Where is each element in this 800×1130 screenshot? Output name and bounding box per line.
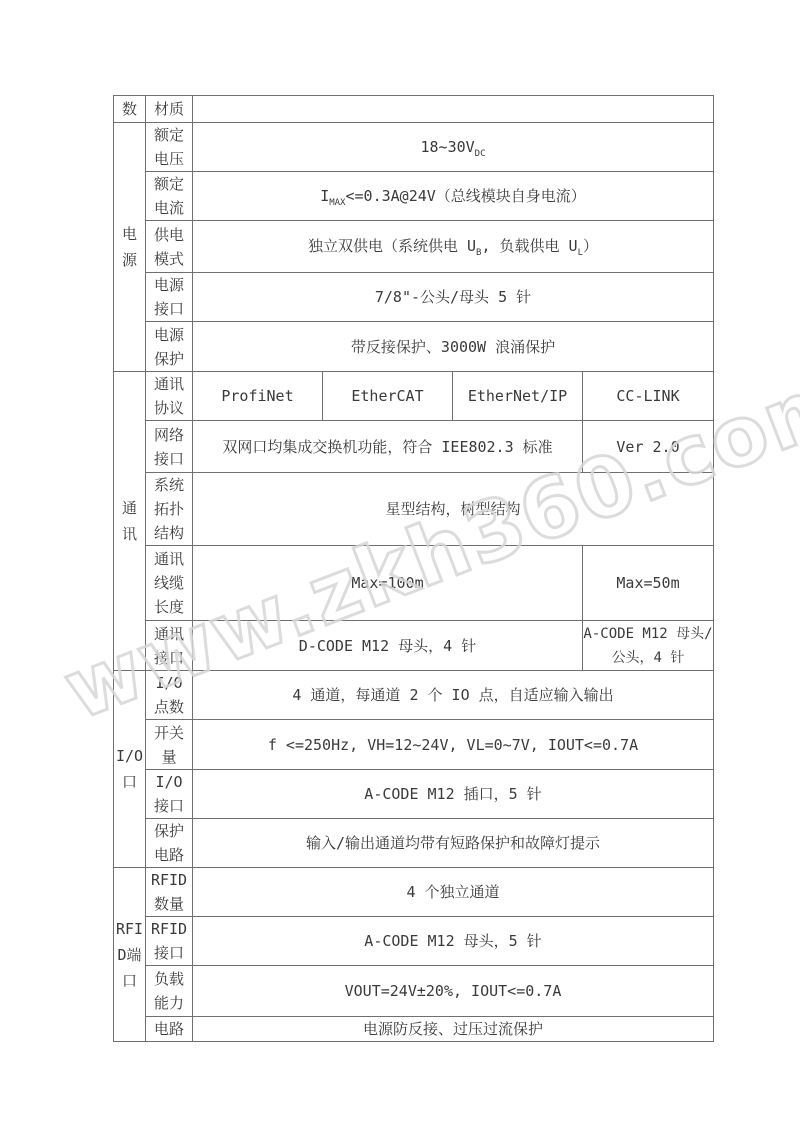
group-cell-param: 数 [114, 96, 146, 123]
row-value-rated-voltage: 18~30VDC [193, 123, 714, 172]
protocol-ethercat: EtherCAT [323, 372, 453, 421]
power-mode-text-3: ） [583, 237, 598, 255]
row-topology: 系统拓扑结构 星型结构，树型结构 [114, 473, 714, 546]
row-value-topology: 星型结构，树型结构 [193, 473, 714, 546]
row-label-comm-connector: 通讯接口 [146, 621, 193, 671]
group-cell-comm: 通讯 [114, 372, 146, 671]
group-cell-rfid: RFID端口 [114, 868, 146, 1042]
row-label-protection-circuit: 保护电路 [146, 819, 193, 868]
protocol-ethernet-ip: EtherNet/IP [453, 372, 583, 421]
row-value-switching: f <=250Hz, VH=12~24V, VL=0~7V, IOUT<=0.7… [193, 720, 714, 770]
rated-current-sub: MAX [329, 198, 345, 208]
group-cell-io: I/O口 [114, 671, 146, 868]
row-label-circuit: 电路 [146, 1017, 193, 1042]
row-rfid-count: RFID端口 RFID数量 4 个独立通道 [114, 868, 714, 917]
row-value-io-connector: A-CODE M12 插口，5 针 [193, 770, 714, 819]
row-protection-circuit: 保护电路 输入/输出通道均带有短路保护和故障灯提示 [114, 819, 714, 868]
row-value-power-protection: 带反接保护、3000W 浪涌保护 [193, 322, 714, 372]
row-value-power-mode: 独立双供电（系统供电 UB, 负载供电 UL） [193, 221, 714, 273]
row-material: 数 材质 [114, 96, 714, 123]
row-protocol: 通讯 通讯协议 ProfiNet EtherCAT EtherNet/IP CC… [114, 372, 714, 421]
row-rated-current: 额定电流 IMAX<=0.3A@24V（总线模块自身电流） [114, 172, 714, 221]
power-mode-text-2: , 负载供电 U [481, 237, 577, 255]
row-label-material: 材质 [146, 96, 193, 123]
row-io-connector: I/O接口 A-CODE M12 插口，5 针 [114, 770, 714, 819]
spec-table: 数 材质 电源 额定电压 18~30VDC 额定电流 IMAX<=0.3A@24… [113, 95, 714, 1042]
protocol-cc-link: CC-LINK [583, 372, 714, 421]
row-value-io-points: 4 通道，每通道 2 个 IO 点，自适应输入输出 [193, 671, 714, 720]
row-cable-length: 通讯线缆长度 Max=100m Max=50m [114, 546, 714, 621]
row-label-rated-voltage: 额定电压 [146, 123, 193, 172]
row-value-rfid-connector: A-CODE M12 母头，5 针 [193, 917, 714, 966]
row-value-cable-length: Max=100m [193, 546, 583, 621]
row-label-rated-current: 额定电流 [146, 172, 193, 221]
row-network-port: 网络接口 双网口均集成交换机功能，符合 IEE802.3 标准 Ver 2.0 [114, 421, 714, 473]
row-label-network-port: 网络接口 [146, 421, 193, 473]
row-label-rfid-connector: RFID接口 [146, 917, 193, 966]
row-power-connector: 电源接口 7/8"-公头/母头 5 针 [114, 273, 714, 322]
rated-current-text: <=0.3A@24V（总线模块自身电流） [345, 187, 585, 205]
row-label-topology: 系统拓扑结构 [146, 473, 193, 546]
row-value-protection-circuit: 输入/输出通道均带有短路保护和故障灯提示 [193, 819, 714, 868]
row-label-power-mode: 供电模式 [146, 221, 193, 273]
row-switching: 开关量 f <=250Hz, VH=12~24V, VL=0~7V, IOUT<… [114, 720, 714, 770]
protocol-profinet: ProfiNet [193, 372, 323, 421]
row-value-cable-length-right: Max=50m [583, 546, 714, 621]
row-label-power-protection: 电源保护 [146, 322, 193, 372]
row-rfid-connector: RFID接口 A-CODE M12 母头，5 针 [114, 917, 714, 966]
rated-voltage-sub: DC [475, 149, 486, 159]
row-value-load-capacity: VOUT=24V±20%, IOUT<=0.7A [193, 966, 714, 1017]
row-value-comm-connector-right: A-CODE M12 母头/公头，4 针 [583, 621, 714, 671]
row-power-protection: 电源保护 带反接保护、3000W 浪涌保护 [114, 322, 714, 372]
row-value-power-connector: 7/8"-公头/母头 5 针 [193, 273, 714, 322]
row-label-io-connector: I/O接口 [146, 770, 193, 819]
row-label-load-capacity: 负载能力 [146, 966, 193, 1017]
row-comm-connector: 通讯接口 D-CODE M12 母头，4 针 A-CODE M12 母头/公头，… [114, 621, 714, 671]
row-value-network-port: 双网口均集成交换机功能，符合 IEE802.3 标准 [193, 421, 583, 473]
row-value-material [193, 96, 714, 123]
row-load-capacity: 负载能力 VOUT=24V±20%, IOUT<=0.7A [114, 966, 714, 1017]
row-power-mode: 供电模式 独立双供电（系统供电 UB, 负载供电 UL） [114, 221, 714, 273]
row-label-power-connector: 电源接口 [146, 273, 193, 322]
row-label-protocol: 通讯协议 [146, 372, 193, 421]
row-io-points: I/O口 I/O点数 4 通道，每通道 2 个 IO 点，自适应输入输出 [114, 671, 714, 720]
row-label-cable-length: 通讯线缆长度 [146, 546, 193, 621]
row-value-comm-connector: D-CODE M12 母头，4 针 [193, 621, 583, 671]
row-value-rated-current: IMAX<=0.3A@24V（总线模块自身电流） [193, 172, 714, 221]
row-circuit: 电路 电源防反接、过压过流保护 [114, 1017, 714, 1042]
rated-voltage-main: 18~30V [420, 138, 474, 156]
row-value-network-port-right: Ver 2.0 [583, 421, 714, 473]
row-label-switching: 开关量 [146, 720, 193, 770]
row-rated-voltage: 电源 额定电压 18~30VDC [114, 123, 714, 172]
power-mode-text-1: 独立双供电（系统供电 U [308, 237, 476, 255]
group-cell-power: 电源 [114, 123, 146, 372]
row-value-rfid-count: 4 个独立通道 [193, 868, 714, 917]
rated-current-symbol: I [320, 187, 329, 205]
row-label-io-points: I/O点数 [146, 671, 193, 720]
row-value-circuit: 电源防反接、过压过流保护 [193, 1017, 714, 1042]
row-label-rfid-count: RFID数量 [146, 868, 193, 917]
